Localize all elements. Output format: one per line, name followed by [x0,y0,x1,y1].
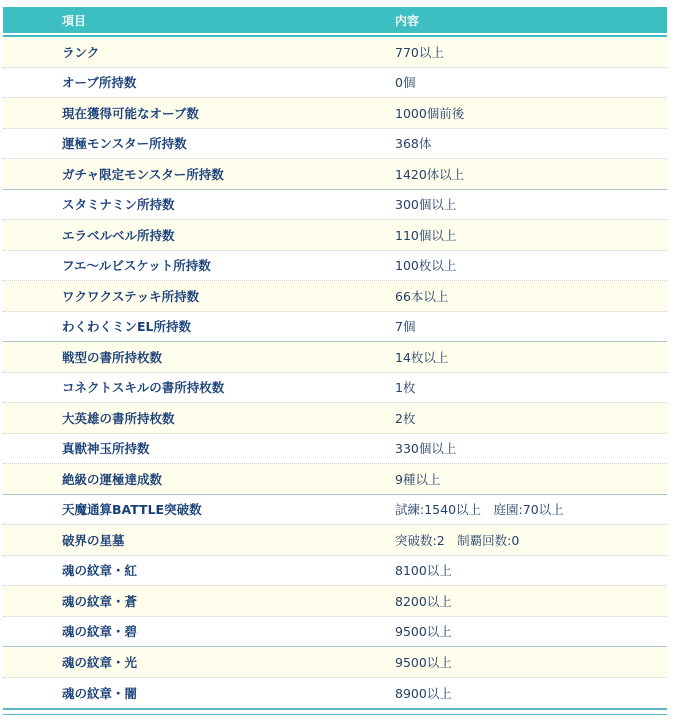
table-row: 真獣神玉所持数330個以上 [3,434,667,465]
row-item: オーブ所持数 [3,73,336,91]
table-row: ワクワクステッキ所持数66本以上 [3,281,667,312]
row-value: 110個以上 [336,226,456,244]
row-value: 0個 [336,73,415,91]
row-value: 8200以上 [336,592,452,610]
row-item: フエ〜ルビスケット所持数 [3,256,336,274]
row-item: 天魔通算BATTLE突破数 [3,500,336,518]
table-row: コネクトスキルの書所持枚数1枚 [3,373,667,404]
row-item: 大英雄の書所持枚数 [3,409,336,427]
table-row: オーブ所持数0個 [3,68,667,99]
row-item: 魂の紋章・蒼 [3,592,336,610]
row-item: 魂の紋章・紅 [3,561,336,579]
row-value: 1000個前後 [336,104,464,122]
table-row: 魂の紋章・碧9500以上 [3,617,667,648]
row-value: 2枚 [336,409,415,427]
row-value: 330個以上 [336,439,456,457]
row-item: ワクワクステッキ所持数 [3,287,336,305]
table-row: 天魔通算BATTLE突破数試練:1540以上 庭園:70以上 [3,495,667,526]
row-item: 運極モンスター所持数 [3,134,336,152]
row-value: 9500以上 [336,653,452,671]
table-row: 魂の紋章・闇8900以上 [3,678,667,709]
row-value: 368体 [336,134,431,152]
table-row: スタミナミン所持数300個以上 [3,190,667,221]
row-item: エラベルベル所持数 [3,226,336,244]
account-info-table: 項目 内容 ランク770以上 オーブ所持数0個 現在獲得可能なオーブ数1000個… [3,7,667,715]
row-value: 770以上 [336,43,444,61]
header-content: 内容 [336,12,419,29]
table-row: 現在獲得可能なオーブ数1000個前後 [3,98,667,129]
row-value: 14枚以上 [336,348,448,366]
table-row: 破界の星墓突破数:2 制覇回数:0 [3,525,667,556]
table-row: ランク770以上 [3,37,667,68]
row-item: ランク [3,43,336,61]
table-row: ガチャ限定モンスター所持数1420体以上 [3,159,667,190]
row-item: ガチャ限定モンスター所持数 [3,165,336,183]
row-value: 7個 [336,317,415,335]
row-value: 66本以上 [336,287,448,305]
row-value: 1枚 [336,378,415,396]
table-row: 戦型の書所持枚数14枚以上 [3,342,667,373]
row-item: 現在獲得可能なオーブ数 [3,104,336,122]
header-item: 項目 [3,12,336,29]
row-item: 絶級の運極達成数 [3,470,336,488]
table-row: わくわくミンEL所持数7個 [3,312,667,343]
row-value: 8900以上 [336,684,452,702]
row-value: 9種以上 [336,470,440,488]
row-value: 100枚以上 [336,256,456,274]
table-row: 運極モンスター所持数368体 [3,129,667,160]
row-item: わくわくミンEL所持数 [3,317,336,335]
row-item: 魂の紋章・碧 [3,622,336,640]
row-value: 1420体以上 [336,165,464,183]
row-value: 突破数:2 制覇回数:0 [336,531,519,549]
row-item: 魂の紋章・光 [3,653,336,671]
row-item: スタミナミン所持数 [3,195,336,213]
table-row: 魂の紋章・光9500以上 [3,647,667,678]
table-row: フエ〜ルビスケット所持数100枚以上 [3,251,667,282]
row-item: 魂の紋章・闇 [3,684,336,702]
table-row: 魂の紋章・紅8100以上 [3,556,667,587]
table-row: エラベルベル所持数110個以上 [3,220,667,251]
row-value: 8100以上 [336,561,452,579]
row-item: 戦型の書所持枚数 [3,348,336,366]
row-item: 真獣神玉所持数 [3,439,336,457]
table-row: 魂の紋章・蒼8200以上 [3,586,667,617]
table-body: ランク770以上 オーブ所持数0個 現在獲得可能なオーブ数1000個前後 運極モ… [3,37,667,708]
table-row: 絶級の運極達成数9種以上 [3,464,667,495]
row-value: 9500以上 [336,622,452,640]
table-bottom-border [3,708,667,715]
row-value: 300個以上 [336,195,456,213]
table-header: 項目 内容 [3,7,667,35]
row-item: コネクトスキルの書所持枚数 [3,378,336,396]
row-item: 破界の星墓 [3,531,336,549]
table-row: 大英雄の書所持枚数2枚 [3,403,667,434]
row-value: 試練:1540以上 庭園:70以上 [336,500,564,518]
